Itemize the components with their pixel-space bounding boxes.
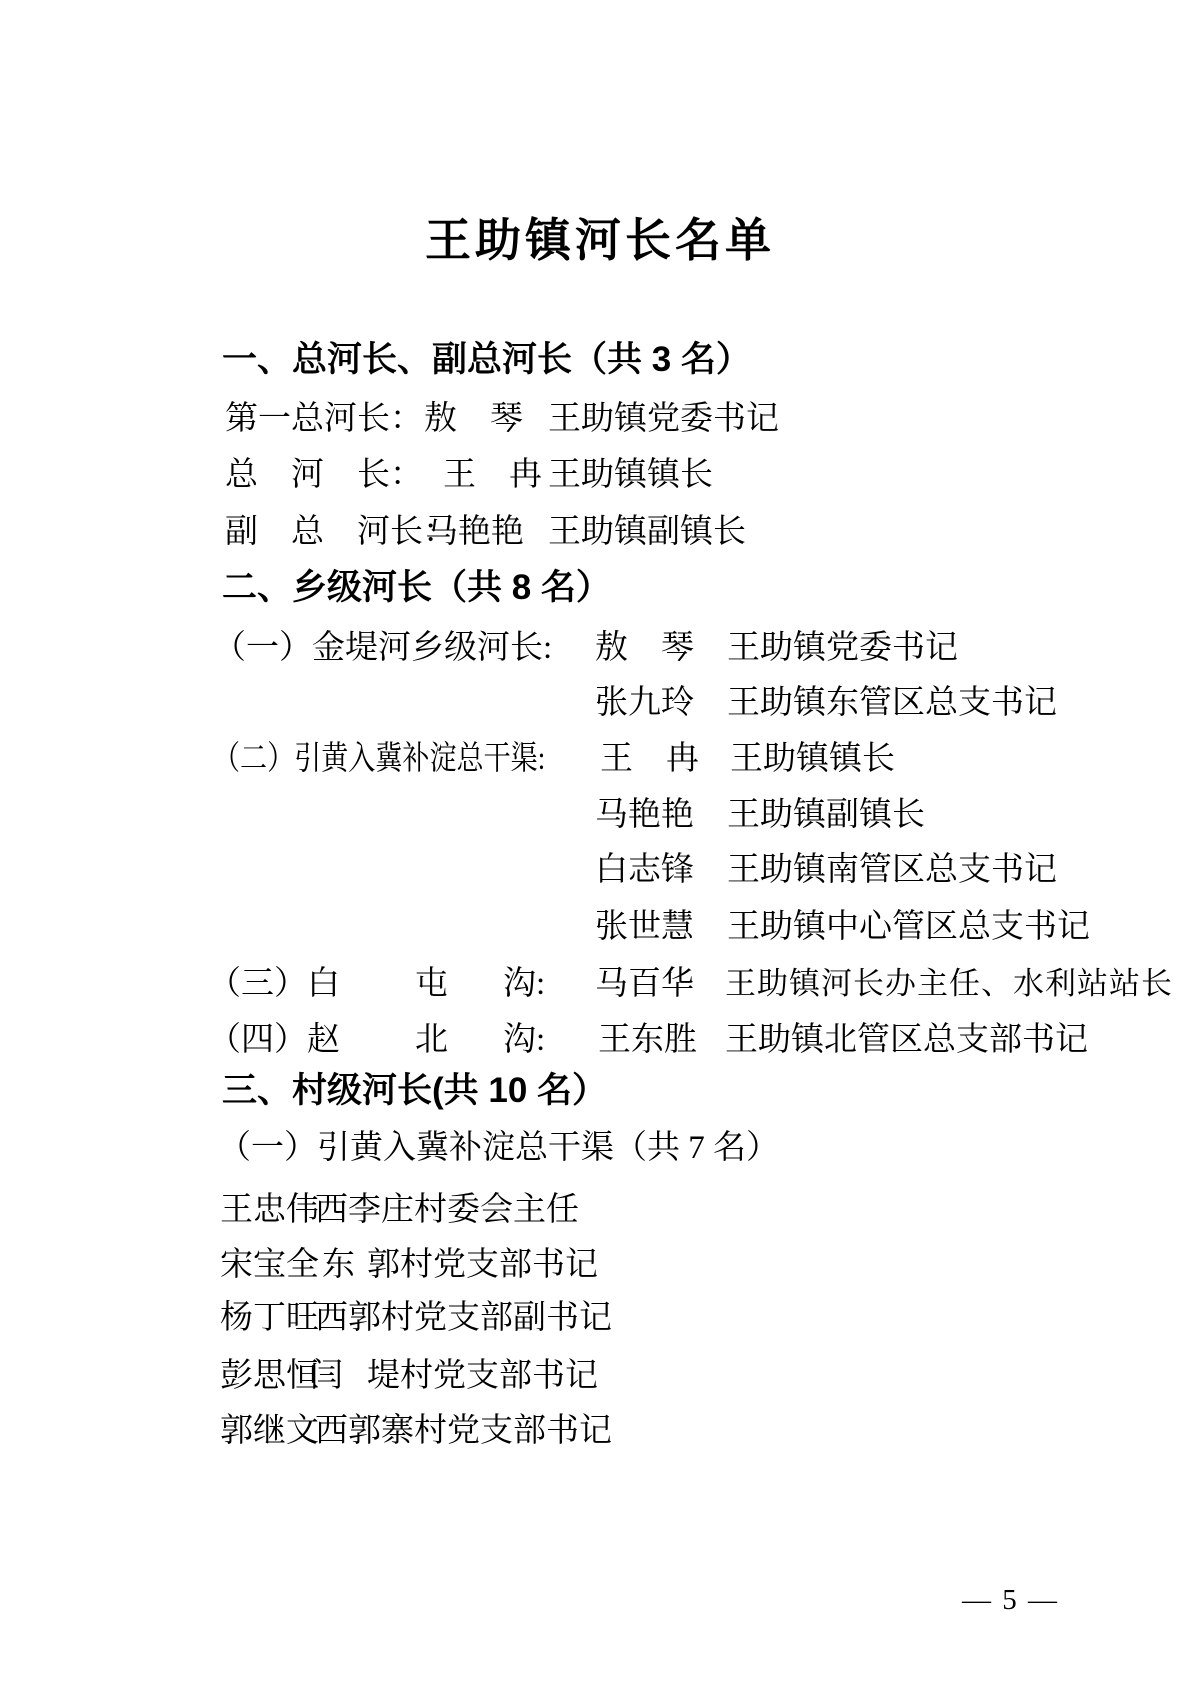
s2-r8-name: 王东胜 xyxy=(598,1017,697,1063)
s3-r5-name: 郭继文 xyxy=(220,1408,319,1454)
s2-r1-label: （一）金堤河乡级河长: xyxy=(213,625,552,671)
s1-row-first-chief: 第一总河长： 敖 琴 王助镇党委书记 xyxy=(0,396,1200,442)
s3-r2-title-prefix: 东 xyxy=(322,1242,355,1288)
section-2-heading: 二、乡级河长（共 8 名） xyxy=(222,565,1200,611)
page-title: 王助镇河长名单 xyxy=(0,212,1200,270)
s2-r7-label-prefix: （三）白 xyxy=(208,961,340,1007)
s2-r3-name: 王 冉 xyxy=(600,736,699,782)
s1-r2-label: 总 河 长： xyxy=(225,452,423,498)
s1-row-chief: 总 河 长： 王 冉 王助镇镇长 xyxy=(0,452,1200,498)
s1-r1-name: 敖 琴 xyxy=(424,396,523,442)
s1-r3-title: 王助镇副镇长 xyxy=(548,509,746,555)
s2-r8-label-prefix: （四）赵 xyxy=(208,1017,340,1063)
s2-r6-name: 张世慧 xyxy=(595,904,694,950)
s2-r7-name: 马百华 xyxy=(595,961,694,1007)
s2-r8-title: 王助镇北管区总支部书记 xyxy=(725,1017,1088,1063)
s2-r7-title: 王助镇河长办主任、水利站站长 xyxy=(725,961,1173,1007)
s3-r3-title: 西郭村党支部副书记 xyxy=(315,1295,612,1341)
s2-r5-title: 王助镇南管区总支书记 xyxy=(727,847,1057,893)
s3-r4-title-prefix: 闫 xyxy=(310,1353,343,1399)
s2-r4-name: 马艳艳 xyxy=(595,792,694,838)
s2-r4-title: 王助镇副镇长 xyxy=(727,792,925,838)
s2-r3-label: （二）引黄入冀补淀总干渠: xyxy=(213,736,618,782)
s3-r1-name: 王忠伟 xyxy=(220,1187,319,1233)
s3-r4-title: 堤村党支部书记 xyxy=(367,1353,598,1399)
s1-r3-label: 副 总 河长： xyxy=(225,509,456,555)
s2-row-zhaobeigou: （四）赵 北 沟: 王东胜 王助镇北管区总支部书记 xyxy=(0,1017,1200,1063)
section-1-heading: 一、总河长、副总河长（共 3 名） xyxy=(222,337,1200,383)
s1-r2-title: 王助镇镇长 xyxy=(548,452,713,498)
s3-row-1: 王忠伟 西李庄村委会主任 xyxy=(0,1187,1200,1233)
document-page: 王助镇河长名单 一、总河长、副总河长（共 3 名） 第一总河长： 敖 琴 王助镇… xyxy=(0,0,1200,1697)
s2-row-2: 张九玲 王助镇东管区总支书记 xyxy=(0,680,1200,726)
s3-row-5: 郭继文 西郭寨村党支部书记 xyxy=(0,1408,1200,1454)
s3-r2-title: 郭村党支部书记 xyxy=(367,1242,598,1288)
s3-r4-name: 彭思恒 xyxy=(220,1353,319,1399)
s2-row-5: 白志锋 王助镇南管区总支书记 xyxy=(0,847,1200,893)
s2-r3-label-text: （二）引黄入冀补淀总干渠: xyxy=(213,736,545,782)
s1-r3-name: 马艳艳 xyxy=(425,509,524,555)
s2-r8-label-end: 沟: xyxy=(503,1017,545,1063)
s2-r7-label-mid: 屯 xyxy=(415,961,448,1007)
s2-r3-title: 王助镇镇长 xyxy=(730,736,895,782)
s2-r5-name: 白志锋 xyxy=(595,847,694,893)
s2-row-jindihe: （一）金堤河乡级河长: 敖 琴 王助镇党委书记 xyxy=(0,625,1200,671)
s2-r1-name: 敖 琴 xyxy=(595,625,694,671)
s2-r7-label-end: 沟: xyxy=(503,961,545,1007)
section-3-heading: 三、村级河长(共 10 名） xyxy=(222,1068,1200,1114)
s3-r3-name: 杨丁旺 xyxy=(220,1295,319,1341)
s1-r1-title: 王助镇党委书记 xyxy=(548,396,779,442)
s2-r6-title: 王助镇中心管区总支书记 xyxy=(727,904,1090,950)
s1-r1-label: 第一总河长： xyxy=(225,396,423,442)
s2-row-yinhuang: （二）引黄入冀补淀总干渠: 王 冉 王助镇镇长 xyxy=(0,736,1200,782)
s3-row-4: 彭思恒 闫 堤村党支部书记 xyxy=(0,1353,1200,1399)
s2-row-baitungou: （三）白 屯 沟: 马百华 王助镇河长办主任、水利站站长 xyxy=(0,961,1200,1007)
s2-row-6: 张世慧 王助镇中心管区总支书记 xyxy=(0,904,1200,950)
s3-r2-name: 宋宝全 xyxy=(220,1242,319,1288)
s1-row-vice-chief: 副 总 河长： 马艳艳 王助镇副镇长 xyxy=(0,509,1200,555)
s2-row-4: 马艳艳 王助镇副镇长 xyxy=(0,792,1200,838)
s3-r5-title: 西郭寨村党支部书记 xyxy=(315,1408,612,1454)
s3-row-3: 杨丁旺 西郭村党支部副书记 xyxy=(0,1295,1200,1341)
s2-r1-title: 王助镇党委书记 xyxy=(727,625,958,671)
s3-r1-title: 西李庄村委会主任 xyxy=(315,1187,579,1233)
s2-r8-label-mid: 北 xyxy=(415,1017,448,1063)
section-3-subheading: （一）引黄入冀补淀总干渠（共 7 名） xyxy=(218,1125,1200,1171)
s2-r2-name: 张九玲 xyxy=(595,680,694,726)
page-number: — 5 — xyxy=(962,1577,1200,1623)
s2-r2-title: 王助镇东管区总支书记 xyxy=(727,680,1057,726)
s1-r2-name: 王 冉 xyxy=(443,452,542,498)
s3-row-2: 宋宝全 东 郭村党支部书记 xyxy=(0,1242,1200,1288)
